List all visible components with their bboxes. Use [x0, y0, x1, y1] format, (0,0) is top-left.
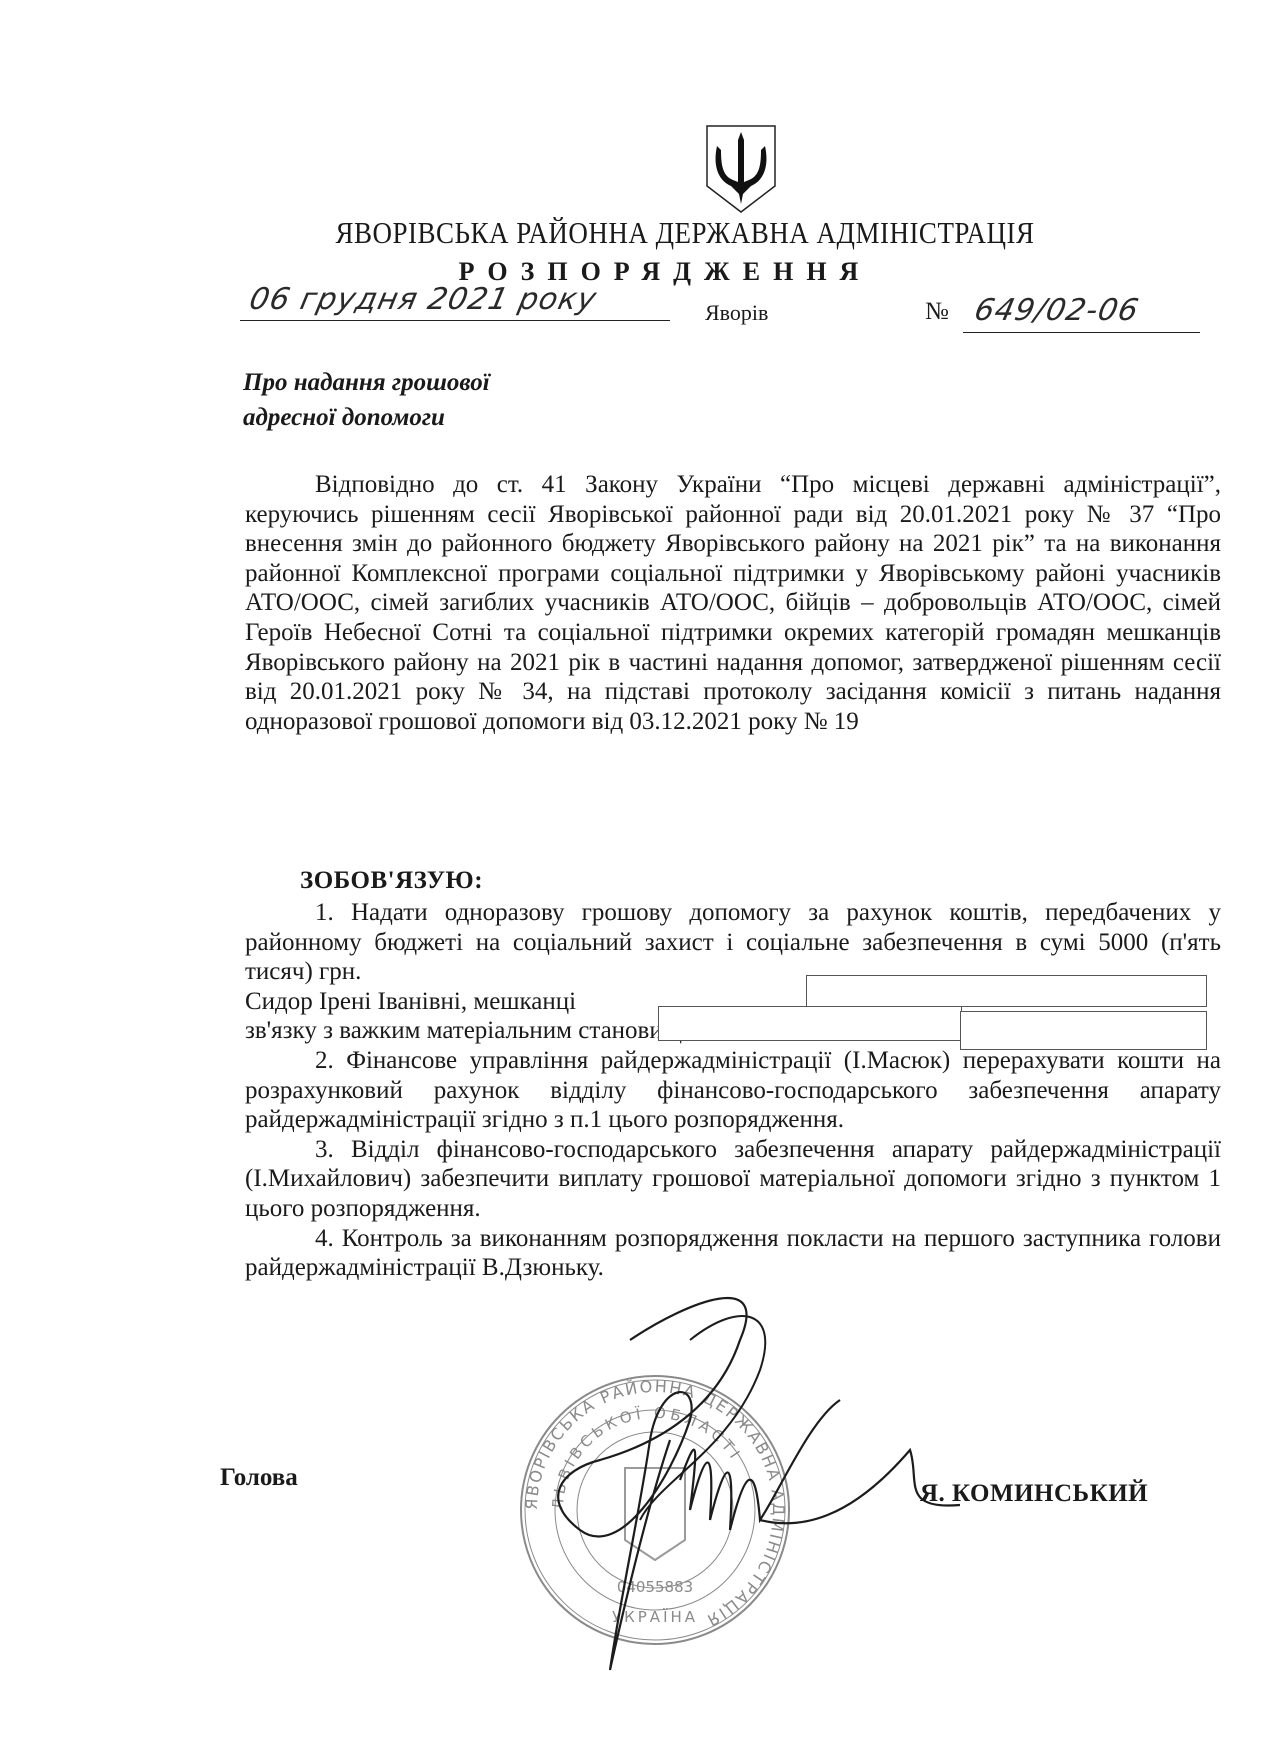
- redaction-box: [960, 1011, 1207, 1050]
- order-item-1-text-b: Сидор Ірені Іванівні, мешканці: [245, 988, 576, 1015]
- signatory-title: Голова: [220, 1464, 298, 1492]
- date-underline: [240, 320, 670, 321]
- order-item-1-text-c: зв'язку з важким матеріальним становищем…: [245, 1017, 715, 1044]
- order-items: 1. Надати одноразову грошову допомогу за…: [245, 898, 1221, 1283]
- trident-coat-of-arms-icon: [703, 124, 779, 214]
- document-type: РОЗПОРЯДЖЕННЯ: [0, 257, 1275, 287]
- subject-line-2: адресної допомоги: [243, 400, 490, 435]
- preamble: Відповідно до ст. 41 Закону України “Про…: [245, 470, 1221, 736]
- handwritten-signature: [520, 1280, 970, 1700]
- redaction-box: [658, 1006, 962, 1041]
- order-item-1-text-a: 1. Надати одноразову грошову допомогу за…: [245, 899, 1221, 985]
- document-subject: Про надання грошової адресної допомоги: [243, 365, 490, 435]
- document-place: Яворів: [705, 300, 768, 326]
- number-label: №: [925, 298, 949, 326]
- preamble-text: Відповідно до ст. 41 Закону України “Про…: [245, 470, 1221, 736]
- redaction-box: [806, 975, 1207, 1007]
- document-number: 649/02-06: [971, 293, 1142, 328]
- signatory-name: Я. КОМИНСЬКИЙ: [920, 1480, 1148, 1508]
- obligation-heading: ЗОБОВ'ЯЗУЮ:: [300, 867, 483, 895]
- organization-name: ЯВОРІВСЬКА РАЙОННА ДЕРЖАВНА АДМІНІСТРАЦІ…: [0, 216, 1275, 251]
- subject-line-1: Про надання грошової: [243, 365, 490, 400]
- document-date: 06 грудня 2021 року: [246, 282, 600, 317]
- order-item-4: 4. Контроль за виконанням розпорядження …: [245, 1224, 1221, 1283]
- order-item-3: 3. Відділ фінансово-господарського забез…: [245, 1135, 1221, 1224]
- order-item-2: 2. Фінансове управління райдержадміністр…: [245, 1046, 1221, 1135]
- number-underline: [963, 332, 1200, 333]
